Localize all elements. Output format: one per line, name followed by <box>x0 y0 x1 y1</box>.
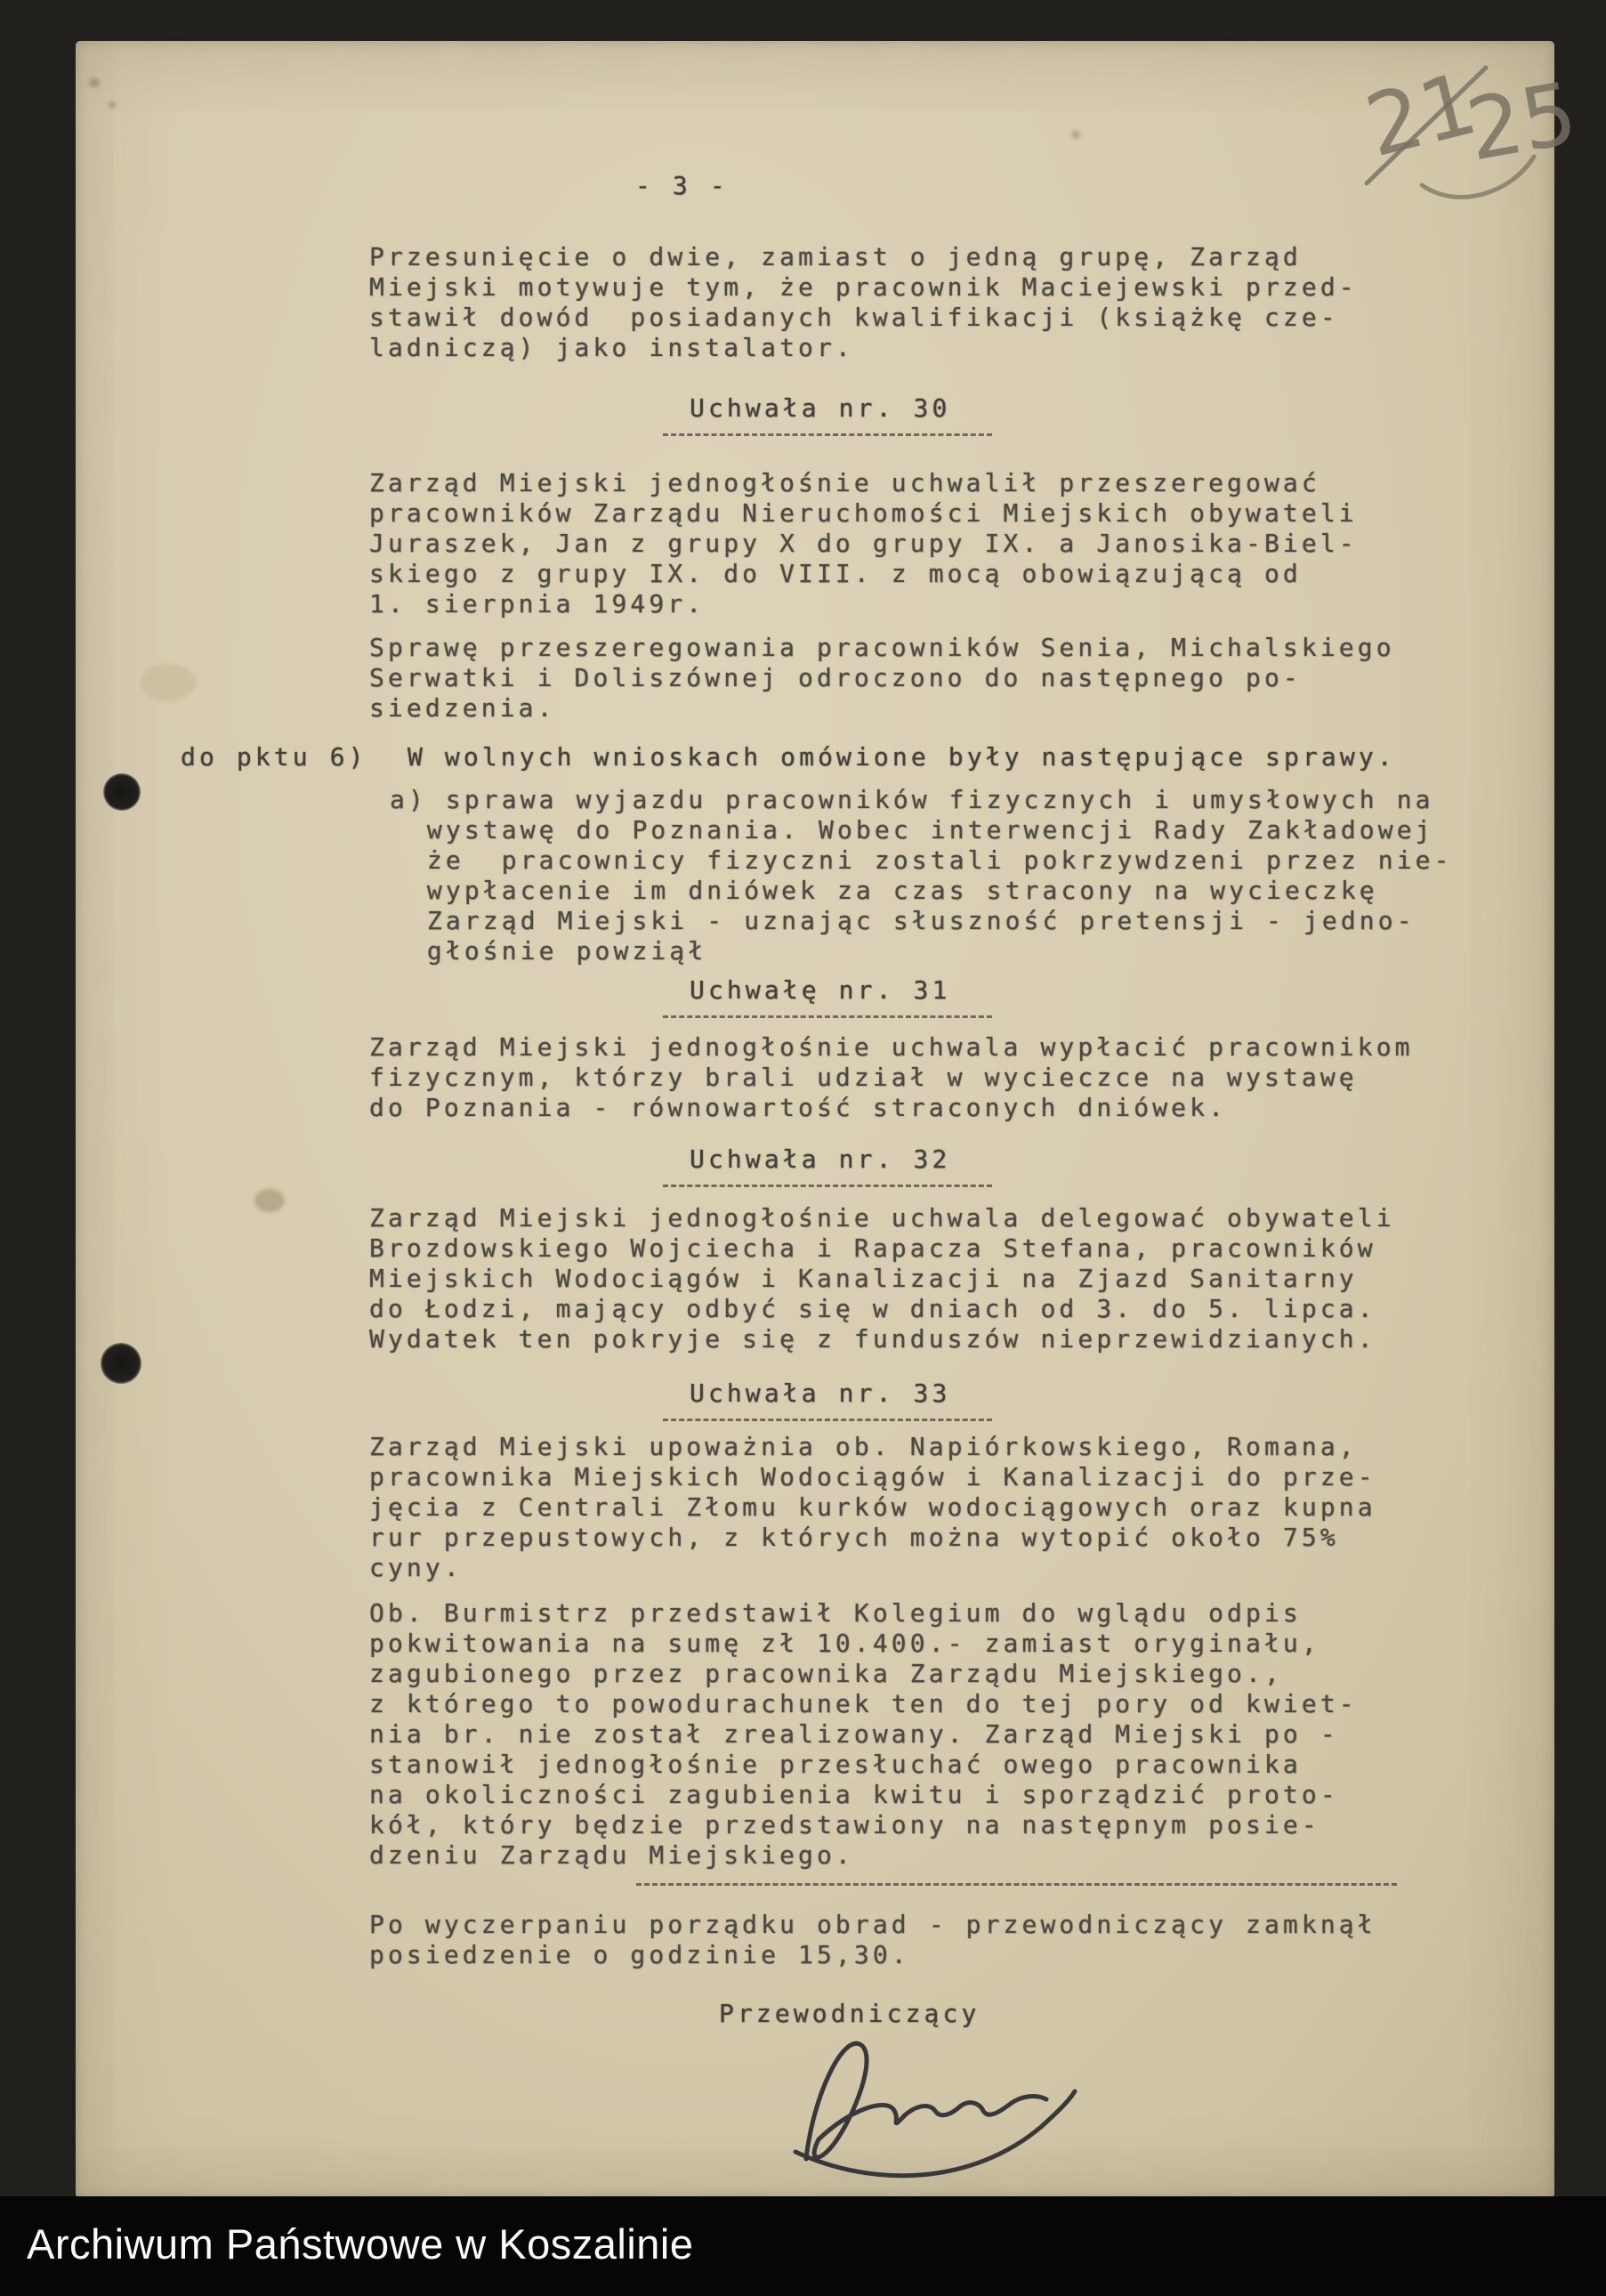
burmistrz-paragraph: Ob. Burmistrz przedstawił Kolegium do wg… <box>369 1598 1358 1871</box>
pencil-annotation: 21 25 <box>1360 52 1582 212</box>
postponement-paragraph: Sprawę przeszeregowania pracowników Seni… <box>369 633 1395 724</box>
paper-stain <box>89 78 100 87</box>
archive-caption: Archiwum Państwowe w Koszalinie <box>27 2196 694 2296</box>
hole-punch-bottom <box>101 1343 141 1384</box>
archive-caption-bar: Archiwum Państwowe w Koszalinie <box>0 2196 1606 2296</box>
resolution-30-heading: Uchwała nr. 30 <box>690 393 950 424</box>
scanned-document-view: 21 25 - 3 - Przesunięcie o dwie, zamiast… <box>0 0 1606 2296</box>
resolution-30-body: Zarząd Miejski jednogłośnie uchwalił prz… <box>369 468 1358 619</box>
pencil-number: 25 <box>1460 63 1585 181</box>
handwritten-signature <box>755 2018 1110 2183</box>
resolution-31-dashed-rule <box>663 1015 992 1018</box>
intro-paragraph: Przesunięcie o dwie, zamiast o jedną gru… <box>369 242 1358 363</box>
resolution-33-body: Zarząd Miejski upoważnia ob. Napiórkowsk… <box>369 1432 1376 1583</box>
resolution-31-body: Zarząd Miejski jednogłośnie uchwala wypł… <box>369 1032 1414 1123</box>
resolution-32-dashed-rule <box>663 1184 992 1187</box>
resolution-30-dashed-rule <box>663 433 992 436</box>
paper-stain <box>141 664 196 701</box>
point-6-text: W wolnych wnioskach omówione były następ… <box>408 742 1396 772</box>
signature-stroke <box>795 2091 1075 2176</box>
resolution-33-dashed-rule <box>663 1419 992 1421</box>
resolution-32-body: Zarząd Miejski jednogłośnie uchwala dele… <box>369 1203 1395 1354</box>
resolution-31-heading: Uchwałę nr. 31 <box>690 975 950 1006</box>
page-number: - 3 - <box>635 171 729 201</box>
paper-stain <box>254 1189 285 1212</box>
resolution-33-heading: Uchwała nr. 33 <box>690 1378 950 1409</box>
margin-note-point-6: do pktu 6) <box>181 742 367 772</box>
resolution-32-heading: Uchwała nr. 32 <box>690 1144 950 1175</box>
signature-stroke <box>819 2097 1046 2139</box>
paper-stain <box>109 101 116 109</box>
signature-stroke <box>806 2043 867 2159</box>
closing-paragraph: Po wyczerpaniu porządku obrad - przewodn… <box>369 1910 1376 1970</box>
section-separator-dashed-rule <box>636 1883 1397 1886</box>
hole-punch-top <box>103 773 141 811</box>
paper-stain <box>1071 130 1080 139</box>
item-a-paragraph: a) sprawa wyjazdu pracowników fizycznych… <box>390 785 1453 966</box>
